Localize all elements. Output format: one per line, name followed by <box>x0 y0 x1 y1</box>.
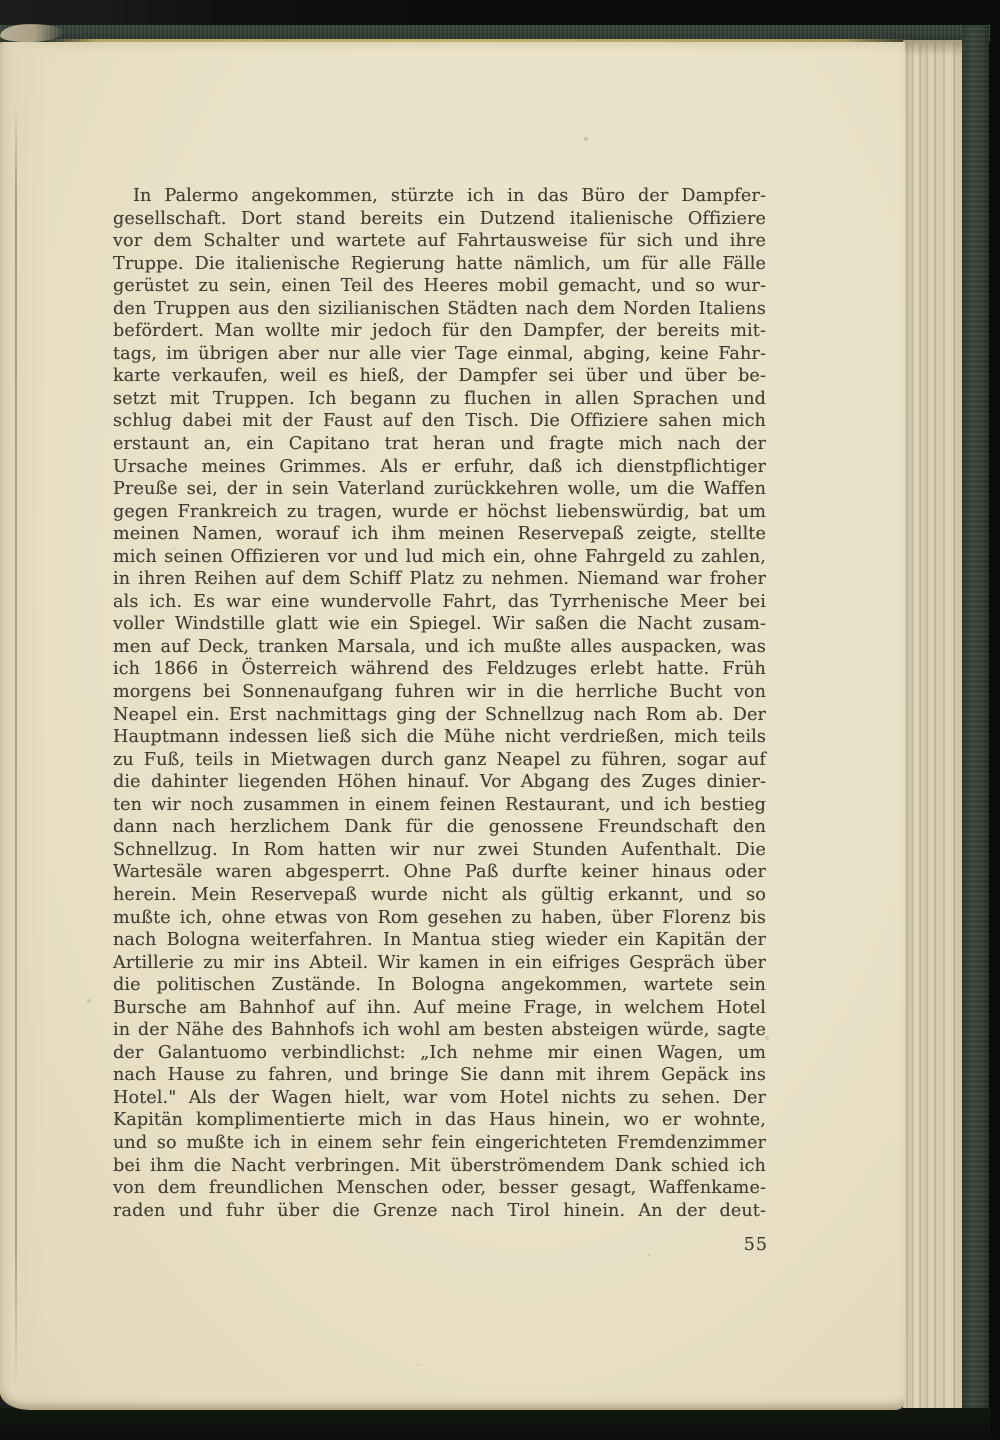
text-line: in der Nähe des Bahnhofs ich wohl am bes… <box>113 1019 766 1042</box>
fore-edge-page-stack <box>903 40 965 1425</box>
book-page: In Palermo angekommen, stürzte ich in da… <box>0 42 905 1410</box>
text-line: die politischen Zustände. In Bologna ang… <box>113 974 766 997</box>
text-line: die dahinter liegenden Höhen hinauf. Vor… <box>113 771 766 794</box>
text-line: Ursache meines Grimmes. Als er erfuhr, d… <box>113 456 766 479</box>
text-line: zu Fuß, teils in Mietwagen durch ganz Ne… <box>113 749 766 772</box>
text-line: morgens bei Sonnenaufgang fuhren wir in … <box>113 681 766 704</box>
text-line: bei ihm die Nacht verbringen. Mit überst… <box>113 1155 766 1178</box>
text-line: men auf Deck, tranken Marsala, und ich m… <box>113 636 766 659</box>
text-line: Wartesäle waren abgesperrt. Ohne Paß dur… <box>113 861 766 884</box>
text-line: ten wir noch zusammen in einem feinen Re… <box>113 794 766 817</box>
text-line: der Galantuomo verbindlichst: „Ich nehme… <box>113 1042 766 1065</box>
text-line: als ich. Es war eine wundervolle Fahrt, … <box>113 591 766 614</box>
text-line: Artillerie zu mir ins Abteil. Wir kamen … <box>113 952 766 975</box>
text-line: und so mußte ich in einem sehr fein eing… <box>113 1132 766 1155</box>
text-line: mußte ich, ohne etwas von Rom gesehen zu… <box>113 907 766 930</box>
text-line: nach Hause zu fahren, und bringe Sie dan… <box>113 1064 766 1087</box>
text-line: Schnellzug. In Rom hatten wir nur zwei S… <box>113 839 766 862</box>
text-line: gegen Frankreich zu tragen, wurde er höc… <box>113 501 766 524</box>
text-line: den Truppen aus den sizilianischen Städt… <box>113 298 766 321</box>
text-line: von dem freundlichen Menschen oder, bess… <box>113 1177 766 1200</box>
text-line: setzt mit Truppen. Ich begann zu fluchen… <box>113 388 766 411</box>
text-line: voller Windstille glatt wie ein Spiegel.… <box>113 613 766 636</box>
scanned-book-photo: In Palermo angekommen, stürzte ich in da… <box>0 0 1000 1440</box>
text-line: raden und fuhr über die Grenze nach Tiro… <box>113 1200 766 1223</box>
page-text: In Palermo angekommen, stürzte ich in da… <box>113 185 766 1222</box>
paper-foxing-speckles <box>0 42 2 44</box>
text-line: Hauptmann indessen ließ sich die Mühe ni… <box>113 726 766 749</box>
text-line: tags, im übrigen aber nur alle vier Tage… <box>113 343 766 366</box>
text-line: karte verkaufen, weil es hieß, der Dampf… <box>113 365 766 388</box>
text-line: erstaunt an, ein Capitano trat heran und… <box>113 433 766 456</box>
book-bottom-shadow <box>0 1408 990 1440</box>
gutter-crease <box>15 102 17 1392</box>
text-line: gerüstet zu sein, einen Teil des Heeres … <box>113 275 766 298</box>
book-cover-right-band <box>962 26 989 1440</box>
text-line: In Palermo angekommen, stürzte ich in da… <box>113 185 766 208</box>
text-line: vor dem Schalter und wartete auf Fahrtau… <box>113 230 766 253</box>
text-line: Hotel." Als der Wagen hielt, war vom Hot… <box>113 1087 766 1110</box>
text-line: meinen Namen, worauf ich ihm meinen Rese… <box>113 523 766 546</box>
text-line: gesellschaft. Dort stand bereits ein Dut… <box>113 208 766 231</box>
text-line: Truppe. Die italienische Regierung hatte… <box>113 253 766 276</box>
text-line: dann nach herzlichem Dank für die genoss… <box>113 816 766 839</box>
text-line: nach Bologna weiterfahren. In Mantua sti… <box>113 929 766 952</box>
text-line: ich 1866 in Österreich während des Feldz… <box>113 658 766 681</box>
page-number: 55 <box>113 1235 768 1255</box>
text-line: Kapitän komplimentierte mich in das Haus… <box>113 1109 766 1132</box>
text-line: Preuße sei, der in sein Vaterland zurück… <box>113 478 766 501</box>
text-line: mich seinen Offizieren vor und lud mich … <box>113 546 766 569</box>
text-line: Bursche am Bahnhof auf ihn. Auf meine Fr… <box>113 997 766 1020</box>
text-line: herein. Mein Reservepaß wurde nicht als … <box>113 884 766 907</box>
text-line: schlug dabei mit der Faust auf den Tisch… <box>113 410 766 433</box>
text-line: befördert. Man wollte mir jedoch für den… <box>113 320 766 343</box>
text-line: in ihren Reihen auf dem Schiff Platz zu … <box>113 568 766 591</box>
text-line: Neapel ein. Erst nachmittags ging der Sc… <box>113 704 766 727</box>
